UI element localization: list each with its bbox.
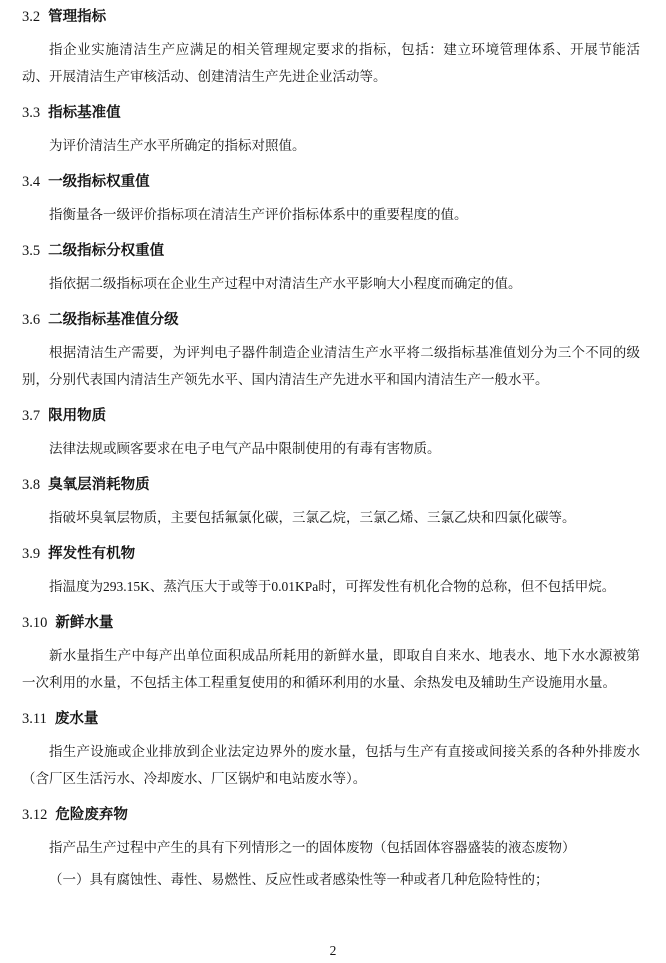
section-3-10: 3.10新鲜水量 新水量指生产中每产出单位面积成品所耗用的新鲜水量，即取自自来水…: [22, 610, 640, 696]
section-3-9: 3.9挥发性有机物 指温度为293.15K、蒸汽压大于或等于0.01KPa时，可…: [22, 541, 640, 600]
section-number: 3.8: [22, 477, 40, 493]
paragraph: 指温度为293.15K、蒸汽压大于或等于0.01KPa时，可挥发性有机化合物的总…: [22, 573, 640, 600]
section-heading: 3.3指标基准值: [22, 100, 640, 127]
section-3-11: 3.11废水量 指生产设施或企业排放到企业法定边界外的废水量，包括与生产有直接或…: [22, 706, 640, 792]
page-number: 2: [0, 943, 666, 958]
section-3-2: 3.2管理指标 指企业实施清洁生产应满足的相关管理规定要求的指标，包括：建立环境…: [22, 4, 640, 90]
paragraph: 指衡量各一级评价指标项在清洁生产评价指标体系中的重要程度的值。: [22, 201, 640, 228]
section-title: 二级指标基准值分级: [48, 312, 179, 328]
section-3-8: 3.8臭氧层消耗物质 指破坏臭氧层物质，主要包括氟氯化碳，三氯乙烷，三氯乙烯、三…: [22, 472, 640, 531]
section-3-6: 3.6二级指标基准值分级 根据清洁生产需要，为评判电子器件制造企业清洁生产水平将…: [22, 307, 640, 393]
section-number: 3.2: [22, 9, 40, 25]
section-title: 危险废弃物: [55, 807, 128, 823]
section-number: 3.3: [22, 105, 40, 121]
section-title: 限用物质: [48, 408, 106, 424]
paragraph: 新水量指生产中每产出单位面积成品所耗用的新鲜水量，即取自自来水、地表水、地下水水…: [22, 642, 640, 696]
section-title: 管理指标: [48, 9, 106, 25]
section-3-4: 3.4一级指标权重值 指衡量各一级评价指标项在清洁生产评价指标体系中的重要程度的…: [22, 169, 640, 228]
paragraph: 指企业实施清洁生产应满足的相关管理规定要求的指标，包括：建立环境管理体系、开展节…: [22, 36, 640, 90]
section-number: 3.6: [22, 312, 40, 328]
section-title: 一级指标权重值: [48, 174, 150, 190]
section-title: 臭氧层消耗物质: [48, 477, 150, 493]
section-number: 3.10: [22, 615, 47, 631]
section-heading: 3.2管理指标: [22, 4, 640, 31]
section-heading: 3.5二级指标分权重值: [22, 238, 640, 265]
section-3-3: 3.3指标基准值 为评价清洁生产水平所确定的指标对照值。: [22, 100, 640, 159]
section-title: 二级指标分权重值: [48, 243, 164, 259]
section-3-12: 3.12危险废弃物 指产品生产过程中产生的具有下列情形之一的固体废物（包括固体容…: [22, 802, 640, 893]
section-heading: 3.10新鲜水量: [22, 610, 640, 637]
section-heading: 3.7限用物质: [22, 403, 640, 430]
document-page: 3.2管理指标 指企业实施清洁生产应满足的相关管理规定要求的指标，包括：建立环境…: [0, 0, 666, 893]
paragraph: 指破坏臭氧层物质，主要包括氟氯化碳，三氯乙烷，三氯乙烯、三氯乙炔和四氯化碳等。: [22, 504, 640, 531]
section-heading: 3.8臭氧层消耗物质: [22, 472, 640, 499]
section-title: 新鲜水量: [55, 615, 113, 631]
section-number: 3.9: [22, 546, 40, 562]
paragraph: 指依据二级指标项在企业生产过程中对清洁生产水平影响大小程度而确定的值。: [22, 270, 640, 297]
section-number: 3.11: [22, 711, 47, 727]
section-heading: 3.12危险废弃物: [22, 802, 640, 829]
section-number: 3.7: [22, 408, 40, 424]
section-heading: 3.9挥发性有机物: [22, 541, 640, 568]
section-3-5: 3.5二级指标分权重值 指依据二级指标项在企业生产过程中对清洁生产水平影响大小程…: [22, 238, 640, 297]
section-heading: 3.6二级指标基准值分级: [22, 307, 640, 334]
section-number: 3.12: [22, 807, 47, 823]
section-title: 废水量: [55, 711, 99, 727]
section-heading: 3.11废水量: [22, 706, 640, 733]
section-title: 指标基准值: [48, 105, 121, 121]
section-heading: 3.4一级指标权重值: [22, 169, 640, 196]
paragraph: 根据清洁生产需要，为评判电子器件制造企业清洁生产水平将二级指标基准值划分为三个不…: [22, 339, 640, 393]
paragraph: 为评价清洁生产水平所确定的指标对照值。: [22, 132, 640, 159]
section-number: 3.5: [22, 243, 40, 259]
section-title: 挥发性有机物: [48, 546, 135, 562]
paragraph: 法律法规或顾客要求在电子电气产品中限制使用的有毒有害物质。: [22, 435, 640, 462]
section-number: 3.4: [22, 174, 40, 190]
paragraph: 指生产设施或企业排放到企业法定边界外的废水量，包括与生产有直接或间接关系的各种外…: [22, 738, 640, 792]
paragraph: （一）具有腐蚀性、毒性、易燃性、反应性或者感染性等一种或者几种危险特性的；: [22, 866, 640, 893]
section-3-7: 3.7限用物质 法律法规或顾客要求在电子电气产品中限制使用的有毒有害物质。: [22, 403, 640, 462]
paragraph: 指产品生产过程中产生的具有下列情形之一的固体废物（包括固体容器盛装的液态废物）: [22, 834, 640, 861]
